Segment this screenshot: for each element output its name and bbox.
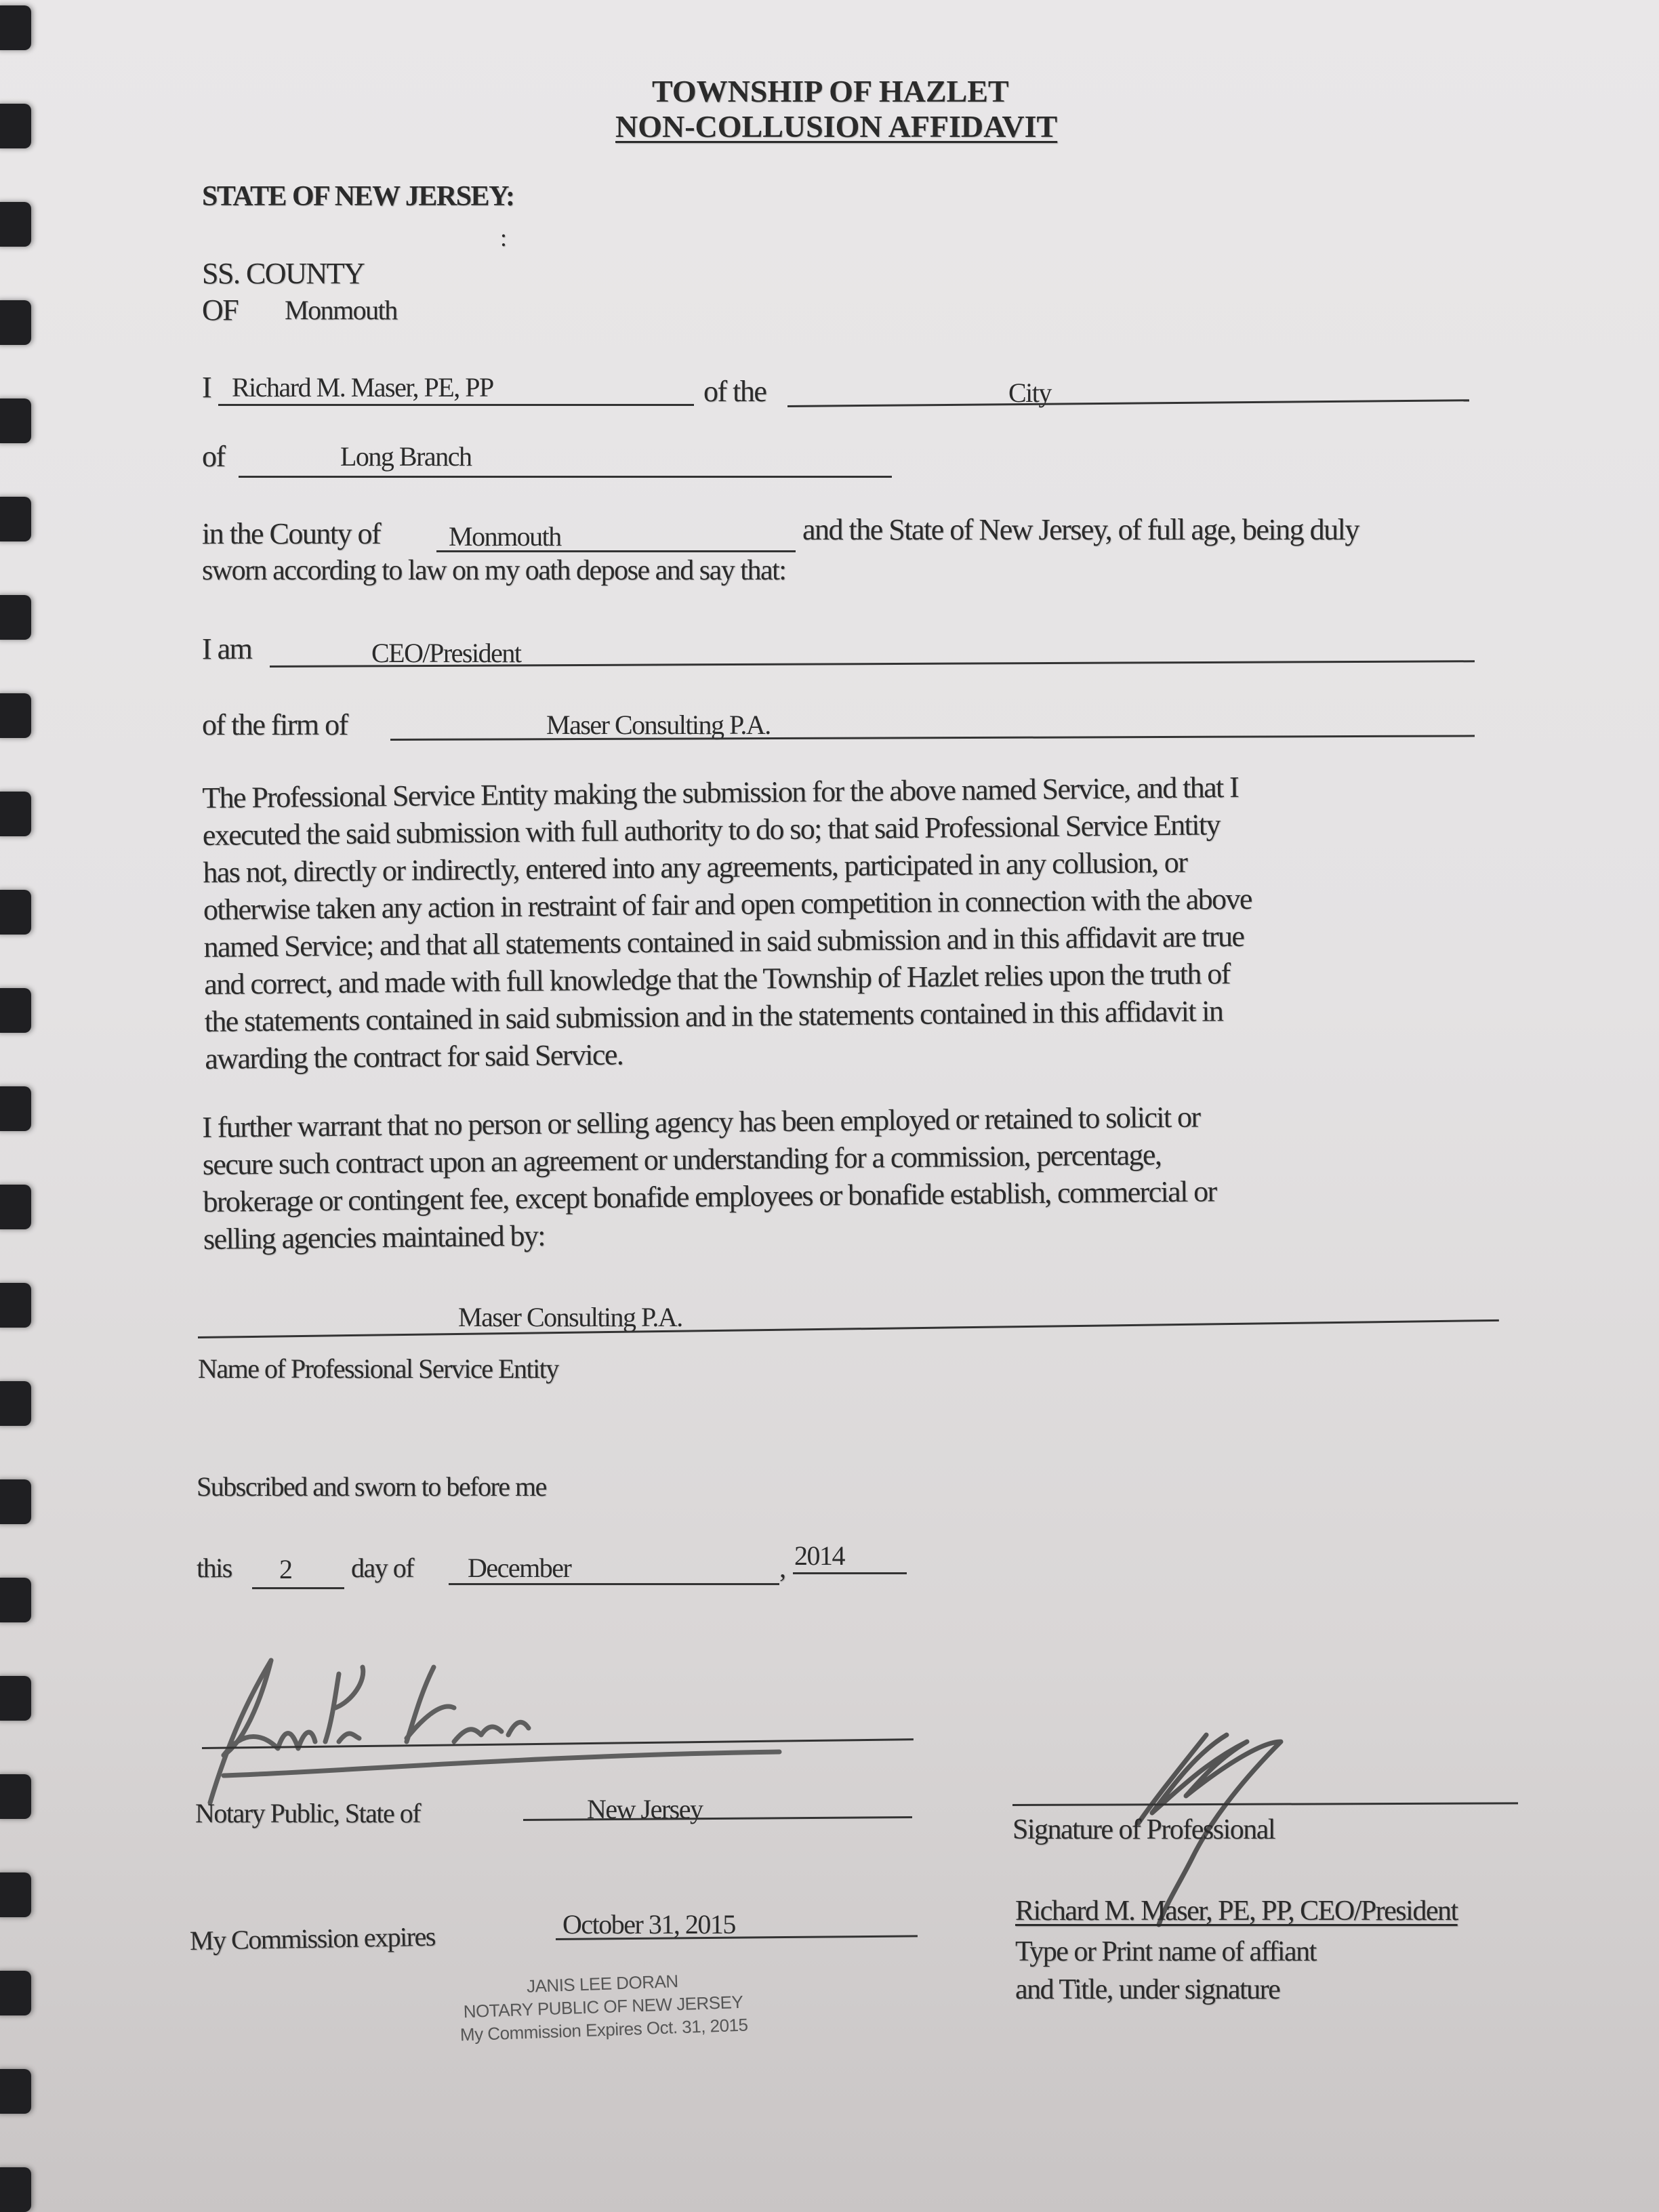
county-underline — [436, 550, 796, 552]
binding-hole — [0, 104, 31, 148]
venue-county-value: Monmouth — [285, 294, 397, 326]
in-county-label: in the County of — [202, 516, 380, 551]
notary-stamp: JANIS LEE DORANNOTARY PUBLIC OF NEW JERS… — [337, 1963, 868, 2050]
binding-hole — [0, 1086, 31, 1131]
affiant-name-field[interactable]: Richard M. Maser, PE, PP — [232, 371, 493, 403]
binding-hole — [0, 1872, 31, 1917]
binding-hole — [0, 2069, 31, 2114]
binding-hole — [0, 792, 31, 836]
municipality-name-field[interactable]: Long Branch — [340, 441, 471, 472]
binding-hole — [0, 5, 31, 50]
year-field[interactable]: 2014 — [794, 1540, 844, 1572]
printed-caption-1: Type or Print name of affiant — [1015, 1935, 1316, 1968]
venue-county-label: SS. COUNTY — [202, 256, 364, 291]
subscribed-label: Subscribed and sworn to before me — [197, 1471, 546, 1502]
entity-name-underline — [198, 1319, 1499, 1338]
venue-of-label: OF — [202, 293, 238, 327]
venue-state-label: STATE OF NEW JERSEY: — [202, 180, 514, 213]
notary-signature — [197, 1654, 806, 1816]
binding-hole — [0, 1971, 31, 2015]
state-clause: and the State of New Jersey, of full age… — [802, 512, 1359, 547]
binding-hole — [0, 1676, 31, 1721]
printed-name-field[interactable]: Richard M. Maser, PE, PP, CEO/President — [1015, 1895, 1458, 1927]
binding-hole — [0, 2167, 31, 2212]
warranty-paragraph: I further warrant that no person or sell… — [202, 1095, 1484, 1258]
binding-hole — [0, 1185, 31, 1229]
binding-hole — [0, 595, 31, 640]
entity-name-field[interactable]: Maser Consulting P.A. — [458, 1301, 682, 1333]
venue-colon: : — [500, 224, 506, 252]
entity-caption: Name of Professional Service Entity — [198, 1353, 558, 1385]
month-underline — [449, 1583, 779, 1585]
commission-field[interactable]: October 31, 2015 — [562, 1908, 735, 1940]
commission-label: My Commission expires — [190, 1921, 436, 1957]
binding-hole — [0, 890, 31, 935]
document-title: TOWNSHIP OF HAZLET — [652, 73, 1009, 109]
i-am-label: I am — [202, 632, 251, 666]
day-of-label: day of — [351, 1552, 413, 1584]
sworn-clause: sworn according to law on my oath depose… — [202, 554, 785, 587]
binding-hole — [0, 497, 31, 541]
this-label: this — [197, 1552, 232, 1584]
printed-caption-2: and Title, under signature — [1015, 1973, 1279, 2006]
date-comma: , — [779, 1552, 785, 1584]
municipality-name-underline — [239, 476, 892, 478]
binding-hole — [0, 988, 31, 1033]
firm-label: of the firm of — [202, 708, 348, 742]
municipality-type-underline — [787, 399, 1469, 407]
firm-field[interactable]: Maser Consulting P.A. — [546, 709, 771, 741]
of-label: of — [202, 439, 225, 474]
signature-caption: Signature of Professional — [1012, 1814, 1275, 1846]
binding-hole — [0, 1774, 31, 1819]
collusion-statement-paragraph: The Professional Service Entity making t… — [202, 766, 1486, 1078]
day-field[interactable]: 2 — [279, 1553, 292, 1585]
affidavit-page: TOWNSHIP OF HAZLET NON-COLLUSION AFFIDAV… — [0, 0, 1659, 2212]
binding-holes — [0, 0, 41, 2212]
notary-state-label: Notary Public, State of — [195, 1797, 420, 1829]
year-underline — [793, 1572, 907, 1574]
day-underline — [252, 1587, 344, 1589]
binding-hole — [0, 1479, 31, 1524]
i-label: I — [202, 370, 211, 405]
county-field[interactable]: Monmouth — [449, 520, 561, 552]
binding-hole — [0, 1283, 31, 1328]
binding-hole — [0, 398, 31, 443]
binding-hole — [0, 1381, 31, 1426]
month-field[interactable]: December — [468, 1552, 571, 1584]
of-the-label: of the — [703, 374, 766, 409]
affiant-name-underline — [218, 404, 694, 406]
binding-hole — [0, 300, 31, 345]
notary-state-underline — [523, 1816, 912, 1821]
document-subtitle: NON-COLLUSION AFFIDAVIT — [615, 108, 1057, 144]
binding-hole — [0, 1578, 31, 1622]
binding-hole — [0, 202, 31, 247]
binding-hole — [0, 693, 31, 738]
